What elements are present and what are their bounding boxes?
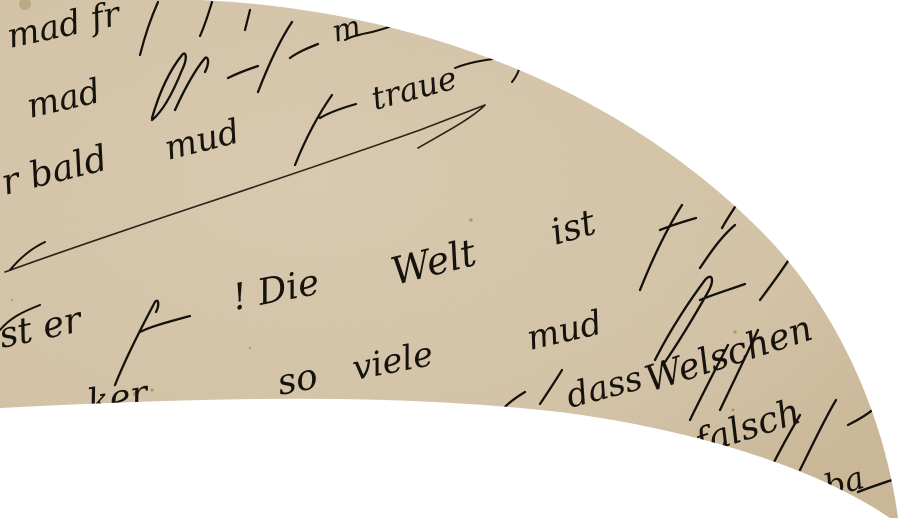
paper-fragment: mad fr mad m r bald mud traue st er ! Di… [0,0,900,518]
handwritten-letter-fragment: mad fr mad m r bald mud traue st er ! Di… [0,0,900,518]
svg-text:so: so [274,356,321,404]
